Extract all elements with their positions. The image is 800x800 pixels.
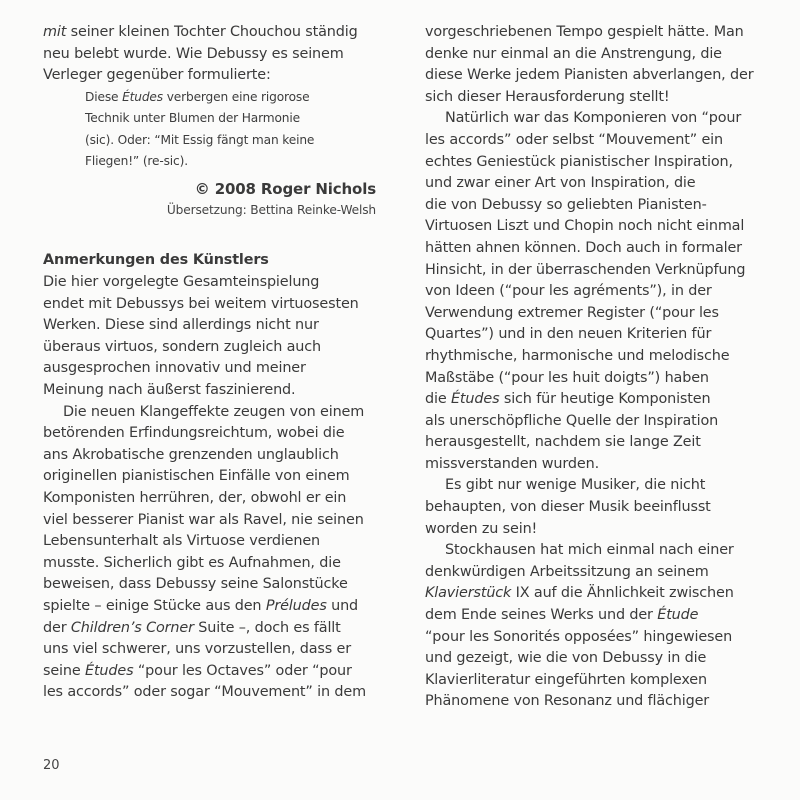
text-line: neu belebt wurde. Wie Debussy es seinem <box>43 44 388 66</box>
text-line: Virtuosen Liszt und Chopin noch nicht ei… <box>425 216 770 238</box>
text-line: rhythmische, harmonische und melodische <box>425 346 770 368</box>
text-line: seine Études “pour les Octaves” oder “po… <box>43 661 388 683</box>
text-line: und gezeigt, wie die von Debussy in die <box>425 648 770 670</box>
text-line: überaus virtuos, sondern zugleich auch <box>43 337 388 359</box>
italic-text: Études <box>85 663 133 679</box>
text-line: Die neuen Klangeffekte zeugen von einem <box>43 402 388 424</box>
text-line: herausgestellt, nachdem sie lange Zeit <box>425 432 770 454</box>
text-span: dem Ende seines Werks und der <box>425 607 657 623</box>
text-span: spielte – einige Stücke aus den <box>43 598 266 614</box>
text-line: denke nur einmal an die Anstrengung, die <box>425 44 770 66</box>
text-line: Meinung nach äußerst faszinierend. <box>43 380 388 402</box>
text-span: die <box>425 391 451 407</box>
text-line: Maßstäbe (“pour les huit doigts”) haben <box>425 368 770 390</box>
italic-text: Préludes <box>266 598 327 614</box>
text-line: Hinsicht, in der überraschenden Verknüpf… <box>425 260 770 282</box>
copyright-line: © 2008 Roger Nichols <box>43 178 388 200</box>
text-line: Verwendung extremer Register (“pour les <box>425 303 770 325</box>
right-paragraph-1: vorgeschriebenen Tempo gespielt hätte. M… <box>425 22 770 108</box>
text-line: Natürlich war das Komponieren von “pour <box>425 108 770 130</box>
text-line: diese Werke jedem Pianisten abverlangen,… <box>425 65 770 87</box>
text-line: als unerschöpfliche Quelle der Inspirati… <box>425 411 770 433</box>
intro-paragraph: mit seiner kleinen Tochter Chouchou stän… <box>43 22 388 87</box>
italic-text: Klavierstück <box>425 585 511 601</box>
right-paragraph-2: Natürlich war das Komponieren von “pour … <box>425 108 770 475</box>
text-line: worden zu sein! <box>425 519 770 541</box>
text-line: Die hier vorgelegte Gesamteinspielung <box>43 272 388 294</box>
text-line: echtes Geniestück pianistischer Inspirat… <box>425 152 770 174</box>
text-line: spielte – einige Stücke aus den Préludes… <box>43 596 388 618</box>
text-line: die Études sich für heutige Komponisten <box>425 389 770 411</box>
italic-text: Étude <box>657 607 698 623</box>
text-line: vorgeschriebenen Tempo gespielt hätte. M… <box>425 22 770 44</box>
page-number: 20 <box>43 758 60 773</box>
text-line: Es gibt nur wenige Musiker, die nicht <box>425 475 770 497</box>
right-paragraph-3: Es gibt nur wenige Musiker, die nicht be… <box>425 475 770 540</box>
text-span: Suite –, doch es fällt <box>194 620 341 636</box>
italic-text: Études <box>122 90 163 104</box>
text-line: endet mit Debussys bei weitem virtuosest… <box>43 294 388 316</box>
quote-line: Diese Études verbergen eine rigorose <box>85 87 388 108</box>
text-line: denkwürdigen Arbeitssitzung an seinem <box>425 562 770 584</box>
text-span: IX auf die Ähnlichkeit zwischen <box>511 585 733 601</box>
translator-credit: Übersetzung: Bettina Reinke-Welsh <box>43 200 388 220</box>
text-line: missverstanden wurden. <box>425 454 770 476</box>
text-line: Klavierliteratur eingeführten komplexen <box>425 670 770 692</box>
text-line: hätten ahnen können. Doch auch in formal… <box>425 238 770 260</box>
text-line: les accords” oder selbst “Mouvement” ein <box>425 130 770 152</box>
right-column: vorgeschriebenen Tempo gespielt hätte. M… <box>425 22 770 713</box>
quote-line: (sic). Oder: “Mit Essig fängt man keine <box>85 130 388 151</box>
text-line: Phänomene von Resonanz und flächiger <box>425 691 770 713</box>
text-line: Quartes”) und in den neuen Kriterien für <box>425 324 770 346</box>
text-span: “pour les Octaves” oder “pour <box>133 663 351 679</box>
text-line: die von Debussy so geliebten Pianisten- <box>425 195 770 217</box>
artist-notes-paragraph-1: Die hier vorgelegte Gesamteinspielung en… <box>43 272 388 402</box>
text-line: Klavierstück IX auf die Ähnlichkeit zwis… <box>425 583 770 605</box>
italic-text: mit <box>43 24 66 40</box>
text-line: Verleger gegenüber formulierte: <box>43 65 388 87</box>
text-line: musste. Sicherlich gibt es Aufnahmen, di… <box>43 553 388 575</box>
text-span: sich für heutige Komponisten <box>499 391 710 407</box>
text-line: behaupten, von dieser Musik beeinflusst <box>425 497 770 519</box>
text-span: der <box>43 620 71 636</box>
text-line: ans Akrobatische grenzenden unglaublich <box>43 445 388 467</box>
text-line: sich dieser Herausforderung stellt! <box>425 87 770 109</box>
text-line: und zwar einer Art von Inspiration, die <box>425 173 770 195</box>
text-line: dem Ende seines Werks und der Étude <box>425 605 770 627</box>
text-line: viel besserer Pianist war als Ravel, nie… <box>43 510 388 532</box>
text-line: ausgesprochen innovativ und meiner <box>43 358 388 380</box>
text-line: betörenden Erfindungsreichtum, wobei die <box>43 423 388 445</box>
text-line: Stockhausen hat mich einmal nach einer <box>425 540 770 562</box>
right-paragraph-4: Stockhausen hat mich einmal nach einer d… <box>425 540 770 713</box>
section-heading: Anmerkungen des Künstlers <box>43 250 388 272</box>
text-line: der Children’s Corner Suite –, doch es f… <box>43 618 388 640</box>
artist-notes-paragraph-2: Die neuen Klangeffekte zeugen von einem … <box>43 402 388 704</box>
quote-line: Technik unter Blumen der Harmonie <box>85 108 388 129</box>
text-span: verbergen eine rigorose <box>163 90 309 104</box>
italic-text: Études <box>451 391 499 407</box>
text-line: Komponisten herrühren, der, obwohl er ei… <box>43 488 388 510</box>
text-span: und <box>327 598 358 614</box>
text-line: originellen pianistischen Einfälle von e… <box>43 466 388 488</box>
quote-line: Fliegen!” (re-sic). <box>85 151 388 172</box>
text-span: seiner kleinen Tochter Chouchou ständig <box>66 24 357 40</box>
text-line: mit seiner kleinen Tochter Chouchou stän… <box>43 22 388 44</box>
text-span: seine <box>43 663 85 679</box>
italic-text: Children’s Corner <box>71 620 194 636</box>
left-column: mit seiner kleinen Tochter Chouchou stän… <box>43 22 388 704</box>
text-line: von Ideen (“pour les agréments”), in der <box>425 281 770 303</box>
text-line: beweisen, dass Debussy seine Salonstücke <box>43 574 388 596</box>
text-line: uns viel schwerer, uns vorzustellen, das… <box>43 639 388 661</box>
text-line: les accords” oder sogar “Mouvement” in d… <box>43 682 388 704</box>
text-line: Lebensunterhalt als Virtuose verdienen <box>43 531 388 553</box>
text-line: Werken. Diese sind allerdings nicht nur <box>43 315 388 337</box>
text-line: “pour les Sonorités opposées” hingewiese… <box>425 627 770 649</box>
text-span: Diese <box>85 90 122 104</box>
block-quote: Diese Études verbergen eine rigorose Tec… <box>43 87 388 173</box>
